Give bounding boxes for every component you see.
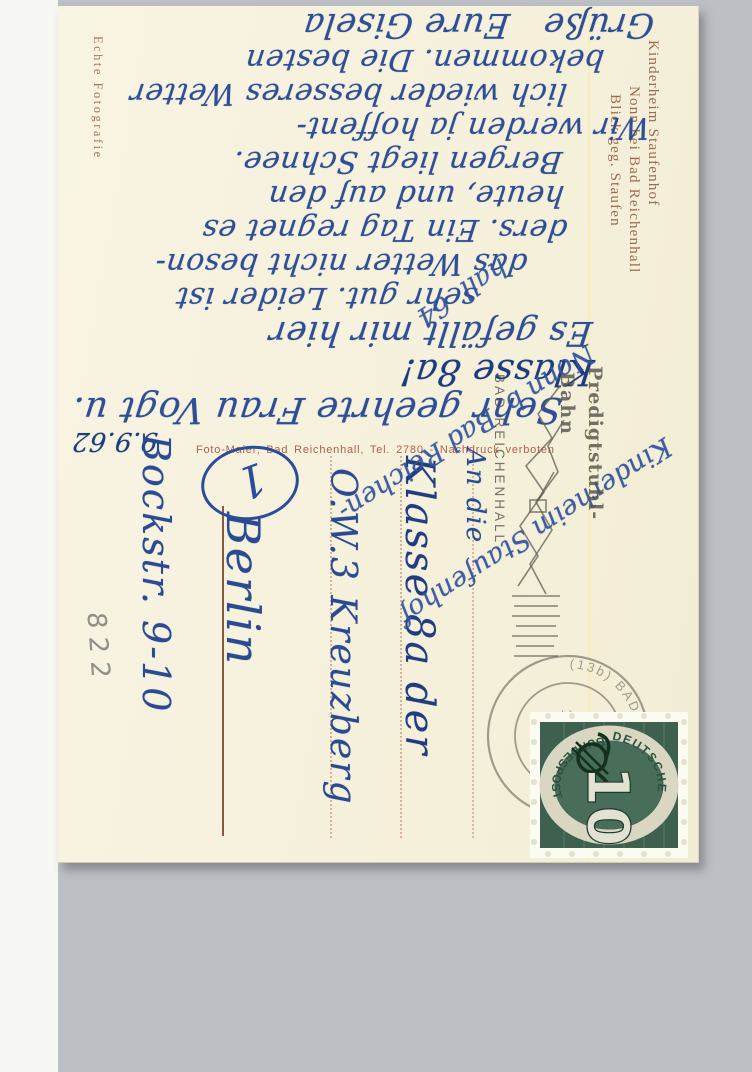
message-line: bekommen. Die besten (60, 42, 664, 76)
message-line: heute, und auf den (60, 178, 664, 212)
message-line: Grüße Eure Gisela (60, 8, 664, 42)
pencil-mark: 822 (80, 612, 115, 686)
postcard: Kinderheim Staufenhof Nonn bei Bad Reich… (58, 6, 699, 863)
circled-number-value: 1 (230, 451, 274, 509)
sender-note: Kinderheim Staufenhof Nonn b. Bad Reiche… (443, 418, 723, 663)
address-line: Berlin (216, 512, 270, 666)
message-line: Bergen liegt Schnee. (60, 144, 664, 178)
stamp-denomination: 10 (574, 766, 642, 847)
posthorn-stamp-design: DEUTSCHE BUNDESPOST 10 (530, 712, 688, 858)
slogan-cancel-town: BAD REICHENHALL (492, 374, 507, 545)
sender-note-line: hall 64 (317, 226, 548, 396)
message-line: lich wieder besseres Wetter (60, 76, 664, 110)
scan-background: Kinderheim Staufenhof Nonn bei Bad Reich… (0, 0, 752, 1072)
slogan-cancel-line1: Predigtstuhl- (584, 366, 606, 520)
scanner-margin (0, 0, 58, 1072)
postage-stamp: DEUTSCHE BUNDESPOST 10 (530, 712, 688, 858)
mountains-cablecar-icon (508, 380, 566, 674)
address-line: Bockstr. 9-10 (134, 434, 178, 713)
message-line: Wir werden ja hoffent- (60, 110, 664, 144)
